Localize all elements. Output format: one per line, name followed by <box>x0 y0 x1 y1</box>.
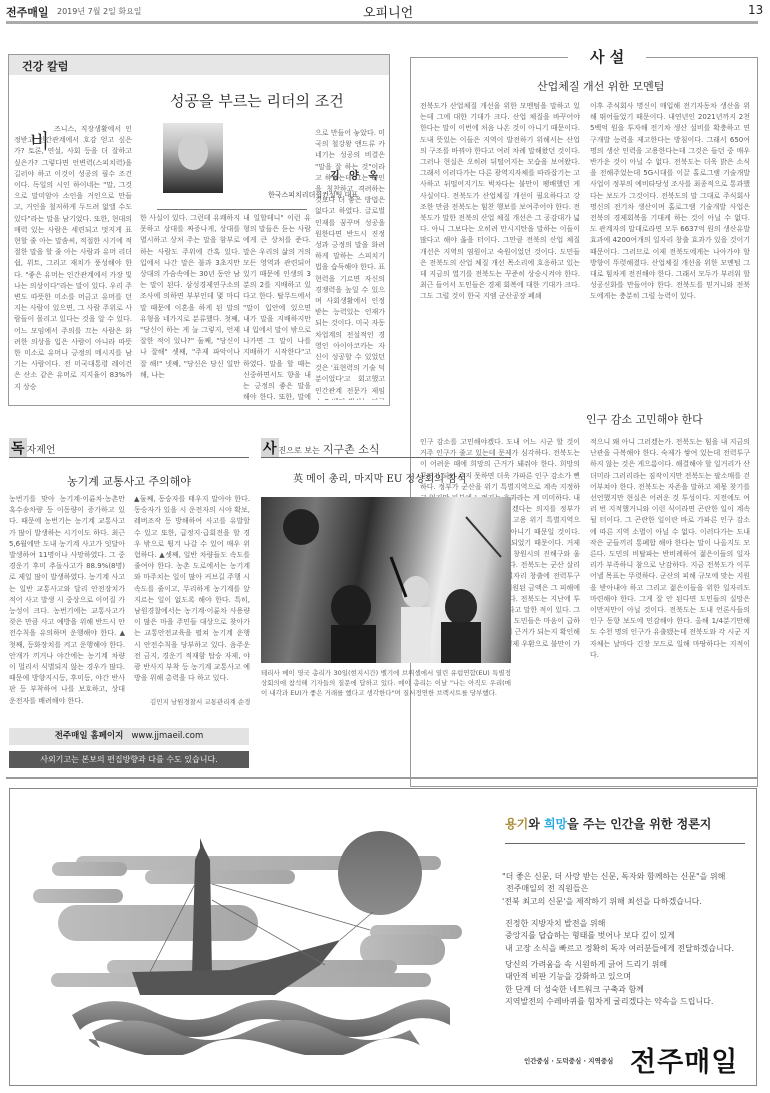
world-news-title: 英 메이 총리, 마지막 EU 정상회의 참석 <box>293 470 467 485</box>
page-number: 13 <box>748 3 763 17</box>
promo-title-rest: 을 주는 인간을 위한 정론지 <box>567 817 711 831</box>
world-news-label-small: 진으로 보는 <box>279 446 320 455</box>
bottom-divider <box>6 777 758 779</box>
editorial-1-text-2: 이후 주식회사 명신이 매입해 전기자동차 생산을 위해 뛰어들었기 때문이다.… <box>590 101 750 361</box>
news-photo <box>261 497 511 663</box>
promo-line: '전북 최고의 신문'을 제작하기 위해 최선을 다하겠습니다. <box>502 896 725 908</box>
masthead-date: 2019년 7월 2일 화요일 <box>57 6 142 17</box>
promo-paragraph-1: "더 좋은 신문, 더 사랑 받는 신문, 독자와 함께하는 신문"을 위해 전… <box>502 871 725 908</box>
editorial-2-text-2: 적으니 왜 아니 그러겠는가. 전북도는 힘을 내 지금의 난관을 극복해야 한… <box>590 437 750 777</box>
health-column-title: 성공을 부르는 리더의 조건 <box>170 90 344 111</box>
world-news-label: 사진으로 보는 지구촌 소식 <box>261 438 380 458</box>
health-column-text-2: 한 사실이 있다. 그런데 유쾌하지 못하고 상대를 짜증나게, 상대를 멸시하… <box>140 213 240 400</box>
reader-column-cap: 독 <box>9 438 27 458</box>
promo-line: 중앙지를 답습하는 형태를 벗어나 보다 깊이 있게 <box>505 930 734 942</box>
promo-line: 당신의 가려움을 속 시원하게 긁어 드리기 위해 <box>505 959 713 971</box>
editorial-title-2: 인구 감소 고민해야 한다 <box>586 411 703 427</box>
reader-column-text-1: 농번기를 맞아 농기계·이륜차·농촌만혹수송차량 등 이동량이 증가하고 있다.… <box>9 494 125 710</box>
reader-column-title: 농기계 교통사고 주의해야 <box>67 473 191 489</box>
ship-illustration <box>30 815 470 1055</box>
masthead-divider <box>6 21 758 24</box>
editorial-1-text-1: 전북도가 산업체질 개선을 위한 모멘텀을 말하고 있는데 그에 대한 기대가 … <box>420 101 580 361</box>
promo-divider <box>505 843 745 844</box>
world-news-divider <box>261 457 511 458</box>
promo-title-courage: 용기 <box>505 817 528 831</box>
homepage-banner[interactable]: 전주매일 홈페이지 www.jjmaeil.com <box>9 728 249 745</box>
editorial-label: 사 설 <box>568 46 646 67</box>
reader-column-text-2: ▲둘째, 동승자를 태우지 말아야 한다. 동승자가 있을 시 운전자의 시야 … <box>134 494 250 694</box>
homepage-url[interactable]: www.jjmaeil.com <box>131 731 203 741</box>
promo-title-and: 와 <box>528 817 544 831</box>
health-column-label: 건강 칼럼 <box>22 58 68 74</box>
world-news-label-large: 지구촌 소식 <box>323 443 380 456</box>
promo-line: "더 좋은 신문, 더 사랑 받는 신문, 독자와 함께하는 신문"을 위해 <box>502 871 725 883</box>
section-title: 오피니언 <box>363 2 413 21</box>
promo-paragraph-2: 진정한 지방자치 발전을 위해 중앙지를 답습하는 형태를 벗어나 보다 깊이 … <box>505 918 734 955</box>
promo-brand-logo: 전주매일 <box>630 1040 738 1079</box>
promo-title-hope: 희망 <box>544 817 567 831</box>
health-column-text-1: 즈니스, 직장생활에서 인정받고 인간관계에서 호감 얻고 싶은가? 토론, 연… <box>14 124 132 400</box>
reader-column-label-rest: 자제언 <box>27 445 56 456</box>
promo-line: 대안적 비판 기능을 강화하고 있으며 <box>505 971 713 983</box>
promo-line: 전주매일의 전 직원들은 <box>502 883 725 895</box>
world-news-cap: 사 <box>261 438 279 458</box>
promo-line: 한 단계 더 성숙한 네트워크 구축과 함께 <box>505 984 713 996</box>
masthead-brand: 전주매일 <box>6 4 49 20</box>
health-column-text-3: 내 일할테니" 이런 유형의 말들은 듣는 사람에게 큰 상처를 준다. 말은 … <box>243 213 311 400</box>
author-photo-face <box>178 134 208 170</box>
health-column-text-4: 으로 만들어 놓았다. 미국의 철강왕 앤드류 카네기는 성공의 비결은 "말을… <box>315 128 385 400</box>
promo-line: 진정한 지방자치 발전을 위해 <box>505 918 734 930</box>
promo-slogan: 인간중심 · 도덕중심 · 지역중심 <box>524 1056 613 1065</box>
author-divider <box>157 209 307 210</box>
promo-line: 내 고장 소식을 빠르고 정확히 독자 여러분들에게 전달하겠습니다. <box>505 943 734 955</box>
news-photo-caption: 테리사 메이 영국 총리가 30일(현지시간) 벨기에 브뤼셀에서 열린 유럽연… <box>261 668 511 698</box>
press-scrum-illustration <box>261 497 511 663</box>
reader-column-divider <box>9 457 249 458</box>
disclaimer-banner: 사외기고는 본보의 편집방향과 다를 수도 있습니다. <box>9 751 249 768</box>
promo-title: 용기와 희망을 주는 인간을 위한 정론지 <box>505 815 711 832</box>
homepage-label: 전주매일 홈페이지 <box>55 731 124 741</box>
editorial-title-1: 산업체질 개선 위한 모멘텀 <box>537 78 664 94</box>
reader-column-label: 독자제언 <box>9 438 56 458</box>
promo-paragraph-3: 당신의 가려움을 속 시원하게 긁어 드리기 위해 대안적 비판 기능을 강화하… <box>505 959 713 1009</box>
reader-column-byline: 김민지 남원경찰서 교통관리계 순경 <box>150 697 250 708</box>
promo-line: 지역발전의 수레바퀴를 힘차게 굴리겠다는 약속을 드립니다. <box>505 996 713 1008</box>
